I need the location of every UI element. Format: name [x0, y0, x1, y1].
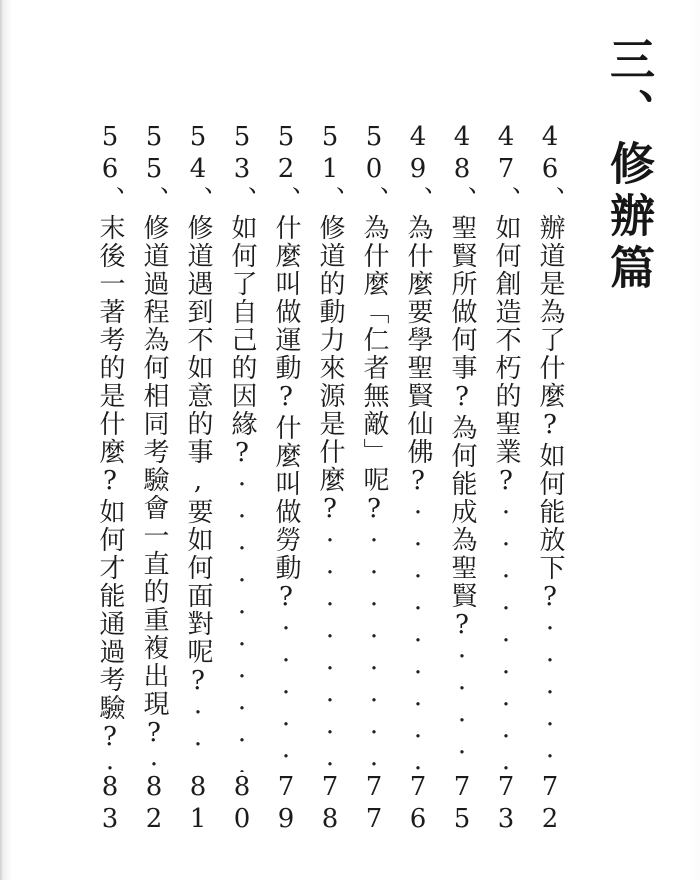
toc-entry-50: 50、為什麼「仁者無敵」呢? ········· 77 — [352, 122, 396, 836]
toc-entry-52: 52、什麼叫做運動?什麼叫做勞動? ······ 79 — [264, 122, 308, 836]
entry-page-number: 82 — [132, 772, 176, 836]
dot-leader: ········· — [308, 526, 352, 772]
entry-page-number: 80 — [220, 772, 264, 836]
entry-number: 49、 — [403, 122, 433, 214]
entry-title: 辦道是為了什麼?如何能放下? — [535, 214, 565, 614]
entry-page-number: 79 — [264, 772, 308, 836]
dot-leader: ·········· — [396, 498, 440, 772]
entry-number: 48、 — [447, 122, 477, 214]
entry-page-number: 75 — [440, 772, 484, 836]
entry-title: 為什麼要學聖賢仙佛? — [403, 214, 433, 498]
dot-leader: ··· — [176, 698, 220, 772]
entry-number: 50、 — [359, 122, 389, 214]
entry-text: 53、如何了自己的因緣? — [220, 122, 264, 470]
entry-page-number: 72 — [528, 772, 572, 836]
entry-text: 46、辦道是為了什麼?如何能放下? — [528, 122, 572, 614]
scanned-book-page: 三、修辦篇 46、辦道是為了什麼?如何能放下? ······ 72 47、如何創… — [0, 0, 700, 880]
dot-leader: · — [88, 754, 132, 772]
entry-text: 55、修道過程為何相同考驗會一直的重複出現? — [132, 122, 176, 750]
entry-title: 如何創造不朽的聖業? — [491, 214, 521, 498]
dot-leader: ······ — [528, 614, 572, 772]
dot-leader: ······ — [264, 614, 308, 772]
entry-title: 什麼叫做運動?什麼叫做勞動? — [271, 214, 301, 614]
dot-leader: ··········· — [220, 470, 264, 772]
entry-page-number: 78 — [308, 772, 352, 836]
entry-number: 55、 — [139, 122, 169, 214]
entry-title: 如何了自己的因緣? — [227, 214, 257, 470]
table-of-contents: 46、辦道是為了什麼?如何能放下? ······ 72 47、如何創造不朽的聖業… — [58, 122, 572, 836]
toc-entry-51: 51、修道的動力來源是什麼? ········· 78 — [308, 122, 352, 836]
dot-leader: ·········· — [484, 498, 528, 772]
dot-leader: · — [132, 750, 176, 772]
entry-number: 56、 — [95, 122, 125, 214]
entry-title: 末後一著考的是什麼?如何才能通過考驗? — [95, 214, 125, 754]
entry-text: 50、為什麼「仁者無敵」呢? — [352, 122, 396, 526]
entry-title: 聖賢所做何事?為何能成為聖賢? — [447, 214, 477, 642]
toc-entry-54: 54、修道遇到不如意的事,要如何面對呢? ··· 81 — [176, 122, 220, 836]
entry-text: 51、修道的動力來源是什麼? — [308, 122, 352, 526]
entry-text: 49、為什麼要學聖賢仙佛? — [396, 122, 440, 498]
dot-leader: ····· — [440, 642, 484, 772]
toc-entry-47: 47、如何創造不朽的聖業? ·········· 73 — [484, 122, 528, 836]
entry-text: 48、聖賢所做何事?為何能成為聖賢? — [440, 122, 484, 642]
entry-title: 修道的動力來源是什麼? — [315, 214, 345, 526]
toc-entry-53: 53、如何了自己的因緣? ··········· 80 — [220, 122, 264, 836]
entry-page-number: 77 — [352, 772, 396, 836]
page-title: 三、修辦篇 — [592, 36, 664, 296]
entry-number: 51、 — [315, 122, 345, 214]
entry-number: 46、 — [535, 122, 565, 214]
entry-page-number: 73 — [484, 772, 528, 836]
entry-title: 為什麼「仁者無敵」呢? — [359, 214, 389, 526]
dot-leader: ········· — [352, 526, 396, 772]
toc-entry-46: 46、辦道是為了什麼?如何能放下? ······ 72 — [528, 122, 572, 836]
entry-page-number: 83 — [88, 772, 132, 836]
entry-number: 54、 — [183, 122, 213, 214]
toc-entry-55: 55、修道過程為何相同考驗會一直的重複出現? · 82 — [132, 122, 176, 836]
toc-entry-56: 56、末後一著考的是什麼?如何才能通過考驗? · 83 — [88, 122, 132, 836]
entry-text: 56、末後一著考的是什麼?如何才能通過考驗? — [88, 122, 132, 754]
entry-number: 52、 — [271, 122, 301, 214]
entry-title: 修道遇到不如意的事,要如何面對呢? — [183, 214, 213, 698]
toc-entry-48: 48、聖賢所做何事?為何能成為聖賢? ····· 75 — [440, 122, 484, 836]
entry-page-number: 81 — [176, 772, 220, 836]
entry-text: 54、修道遇到不如意的事,要如何面對呢? — [176, 122, 220, 698]
entry-number: 53、 — [227, 122, 257, 214]
entry-number: 47、 — [491, 122, 521, 214]
entry-title: 修道過程為何相同考驗會一直的重複出現? — [139, 214, 169, 750]
entry-page-number: 76 — [396, 772, 440, 836]
toc-entry-49: 49、為什麼要學聖賢仙佛? ·········· 76 — [396, 122, 440, 836]
entry-text: 52、什麼叫做運動?什麼叫做勞動? — [264, 122, 308, 614]
entry-text: 47、如何創造不朽的聖業? — [484, 122, 528, 498]
